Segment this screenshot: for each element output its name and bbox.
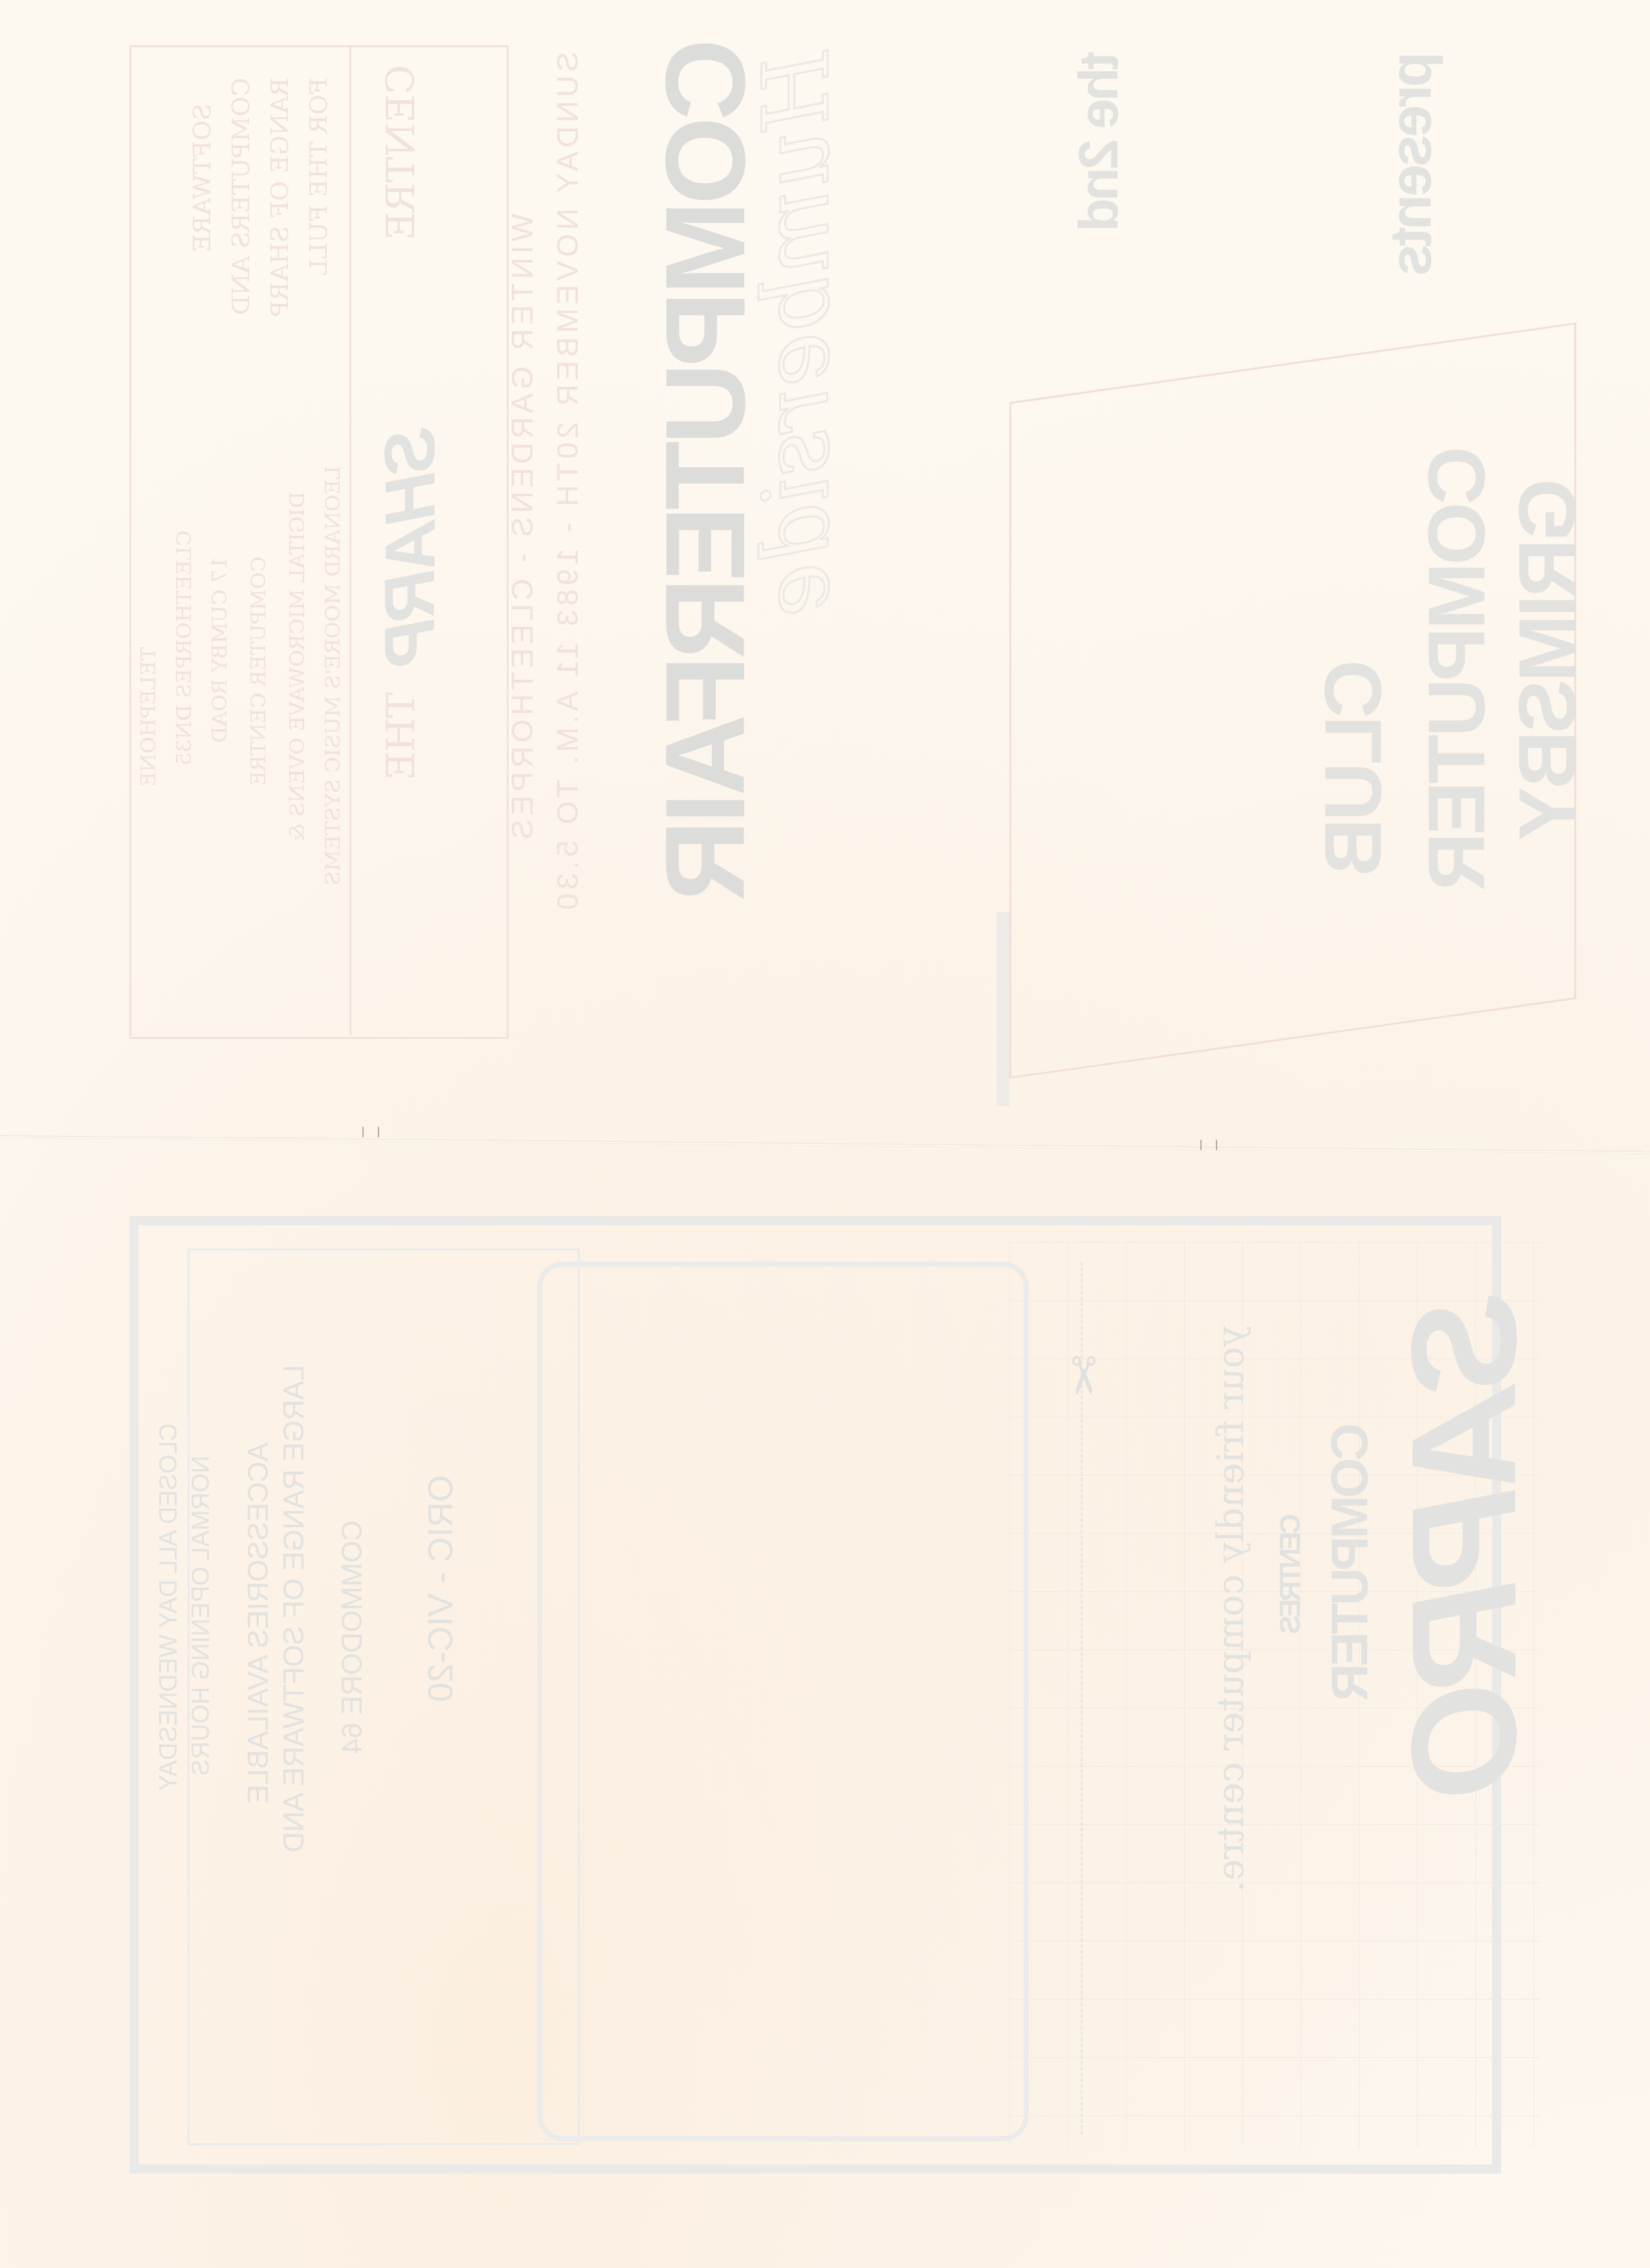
sapro-tagline: your friendly computer centre. xyxy=(1210,1326,1252,1892)
sharp-heading-pre: THE xyxy=(379,692,424,780)
machines-line-1: ORIC - VIC-20 xyxy=(421,1475,461,1702)
sapro-logo-sub2: CENTRES xyxy=(1275,1514,1307,1631)
sharp-address-line: CLEETHORPES DN35 xyxy=(171,530,196,765)
sharp-range-line: FOR THE FULL xyxy=(304,78,333,275)
sapro-logo: SAPRO xyxy=(1378,1294,1550,1791)
range-line-1: LARGE RANGE OF SOFTWARE AND xyxy=(278,1365,311,1853)
event-venue: WINTER GARDENS - CLEETHORPES xyxy=(505,213,540,843)
hours-line-1: NORMAL OPENING HOURS xyxy=(188,1456,215,1776)
sharp-address-line: COMPUTER CENTRE xyxy=(246,556,270,786)
sharp-address-line: 17 CUMBY ROAD xyxy=(207,556,232,743)
sharp-address-line: LEONARD MOORE'S MUSIC SYSTEMS xyxy=(320,466,345,886)
club-banner-line2: COMPUTER xyxy=(1411,446,1503,888)
staple-hole xyxy=(362,1127,379,1137)
sharp-address-line: TELEPHONE xyxy=(136,647,160,787)
range-line-2: ACCESSORIES AVAILABLE xyxy=(243,1443,275,1804)
sharp-range-line: COMPUTERS AND xyxy=(226,78,255,315)
machines-line-2: COMMODORE 64 xyxy=(336,1520,369,1754)
sapro-logo-sub: COMPUTER xyxy=(1320,1423,1380,1699)
club-banner-line3: CLUB xyxy=(1307,660,1400,874)
sharp-ad-divider xyxy=(349,45,351,1035)
hours-line-2: CLOSED ALL DAY WEDNESDAY xyxy=(155,1423,183,1791)
coupon-scalloped-frame xyxy=(537,1261,1029,2141)
sharp-brand-logo: SHARP xyxy=(369,427,451,663)
scissors-icon: ✂ xyxy=(1053,1354,1113,1397)
sharp-address-line: DIGITAL MICROWAVE OVENS & xyxy=(285,492,309,842)
sharp-range-line: RANGE OF SHARP xyxy=(265,78,294,317)
event-prefix: the 2nd xyxy=(1068,52,1131,229)
event-date: SUNDAY NOVEMBER 20TH - 1983 11 A.M. TO 5… xyxy=(550,52,585,914)
sharp-heading-post: CENTRE xyxy=(379,65,424,240)
staple-hole xyxy=(1200,1140,1217,1150)
club-banner-line1: GRIMSBY xyxy=(1501,479,1594,838)
event-title: COMPUTERFAIR xyxy=(641,39,771,898)
presents-text: presents xyxy=(1378,52,1445,274)
sharp-range-line: SOFTWARE xyxy=(188,104,216,252)
banner-shadow xyxy=(996,912,1009,1106)
